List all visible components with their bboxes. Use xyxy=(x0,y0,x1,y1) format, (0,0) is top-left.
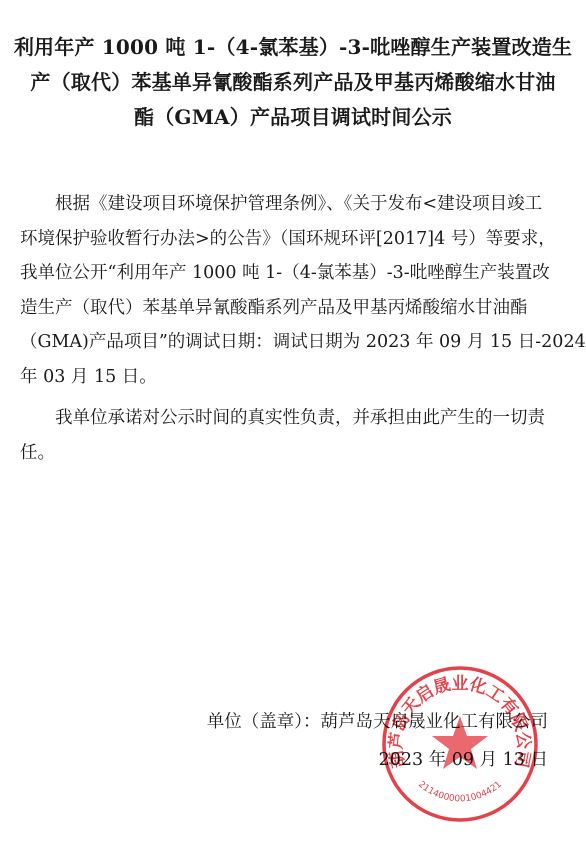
paragraph-commitment: 我单位承诺对公示时间的真实性负责，并承担由此产生的一切责 任。 xyxy=(20,401,550,470)
star-icon xyxy=(432,716,488,769)
document-body: 根据《建设项目环境保护管理条例》、《关于发布<建设项目竣工 环境保护验收暂行办法… xyxy=(20,187,550,470)
body-line: 环境保护验收暂行办法>的公告》（国环规环评[2017]4 号）等要求， xyxy=(20,222,550,257)
seal-serial-number: 2114000001004421 xyxy=(416,780,504,805)
title-line-2: 产（取代）苯基单异氰酸酯系列产品及甲基丙烯酸缩水甘油 xyxy=(10,65,576,100)
paragraph-basis: 根据《建设项目环境保护管理条例》、《关于发布<建设项目竣工 环境保护验收暂行办法… xyxy=(20,187,550,394)
company-seal: 葫芦岛天启晟业化工有限公司 2114000001004421 xyxy=(380,664,540,824)
body-line: 根据《建设项目环境保护管理条例》、《关于发布<建设项目竣工 xyxy=(20,187,550,222)
document-title: 利用年产 1000 吨 1-（4-氯苯基）-3-吡唑醇生产装置改造生 产（取代）… xyxy=(10,30,576,135)
body-line: 造生产（取代）苯基单异氰酸酯系列产品及甲基丙烯酸缩水甘油酯 xyxy=(20,291,550,326)
body-line: 我单位公开“利用年产 1000 吨 1-（4-氯苯基）-3-吡唑醇生产装置改 xyxy=(20,256,550,291)
title-line-3: 酯（GMA）产品项目调试时间公示 xyxy=(10,100,576,135)
body-line: 年 03 月 15 日。 xyxy=(20,360,550,395)
title-line-1: 利用年产 1000 吨 1-（4-氯苯基）-3-吡唑醇生产装置改造生 xyxy=(10,30,576,65)
body-line: 我单位承诺对公示时间的真实性负责，并承担由此产生的一切责 xyxy=(20,401,550,436)
body-line: 任。 xyxy=(20,436,550,471)
body-line: （GMA)产品项目”的调试日期：调试日期为 2023 年 09 月 15 日-2… xyxy=(20,325,550,360)
